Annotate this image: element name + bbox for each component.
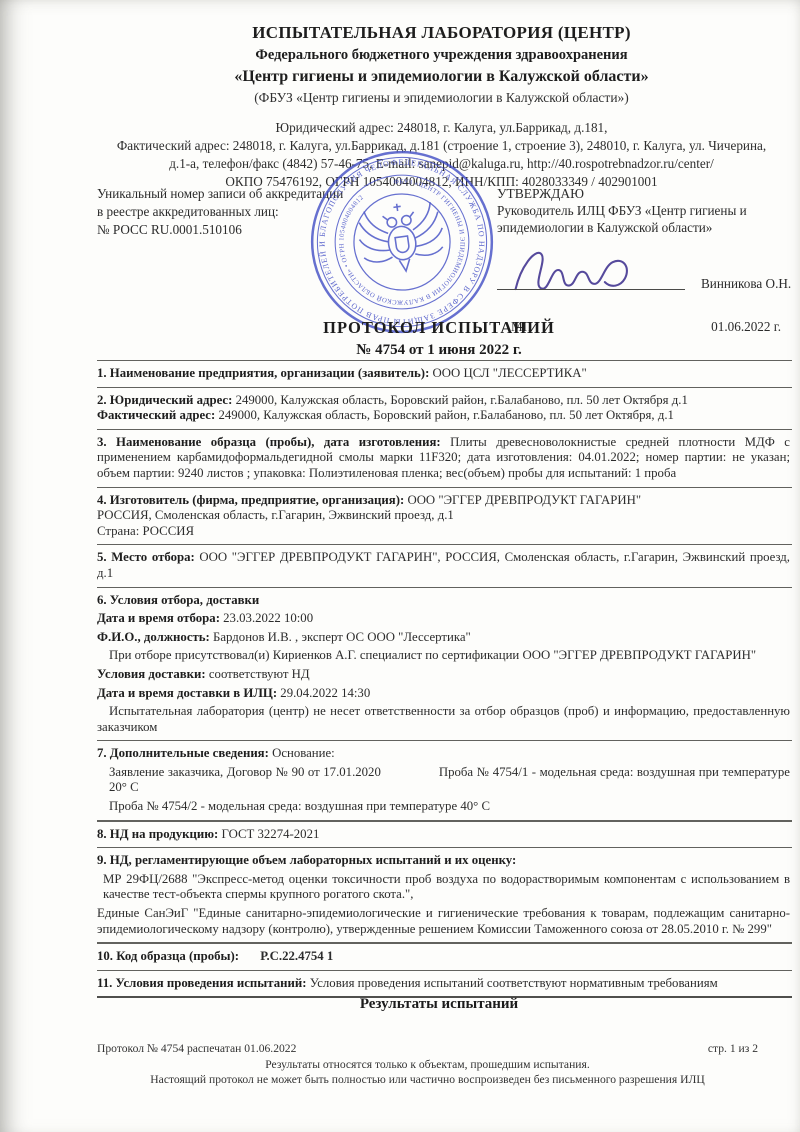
section-10: 10. Код образца (пробы): Р.С.22.4754 1 xyxy=(97,942,792,970)
section-2-value1: 249000, Калужская область, Боровский рай… xyxy=(236,393,688,407)
section-6-delivery-cond-label: Условия доставки: xyxy=(97,667,206,681)
lab-subtitle: Федерального бюджетного учреждения здрав… xyxy=(95,46,788,64)
section-6: 6. Условия отбора, доставки Дата и время… xyxy=(97,587,792,741)
section-6-person-label: Ф.И.О., должность: xyxy=(97,630,210,644)
section-2-value2: 249000, Калужская область, Боровский рай… xyxy=(218,408,673,422)
section-9-label: 9. НД, регламентирующие объем лабораторн… xyxy=(97,853,790,869)
protocol-sections: 1. Наименование предприятия, организации… xyxy=(97,360,792,998)
footer-page-number: стр. 1 из 2 xyxy=(708,1042,758,1055)
stamp-graphic: ФЕДЕРАЛЬНАЯ СЛУЖБА ПО НАДЗОРУ В СФЕРЕ ЗА… xyxy=(296,136,508,348)
approve-caption: УТВЕРЖДАЮ xyxy=(497,185,787,202)
document-title: ПРОТОКОЛ ИСПЫТАНИЙ № 4754 от 1 июня 2022… xyxy=(90,318,788,359)
section-4: 4. Изготовитель (фирма, предприятие, орг… xyxy=(97,487,792,545)
footer-note2: Настоящий протокол не может быть полност… xyxy=(97,1072,758,1087)
protocol-document-page: ИСПЫТАТЕЛЬНАЯ ЛАБОРАТОРИЯ (ЦЕНТР) Федера… xyxy=(0,0,800,1132)
lab-org-short-name: (ФБУЗ «Центр гигиены и эпидемиологии в К… xyxy=(95,90,788,107)
signature-line xyxy=(497,289,685,290)
section-6-sampling-date: 23.03.2022 10:00 xyxy=(223,611,313,625)
section-6-witness: При отборе присутствовал(и) Кириенков А.… xyxy=(97,648,790,664)
section-9-method2: Единые СанЭиГ "Единые санитарно-эпидемио… xyxy=(97,906,790,937)
footer-note1: Результаты относятся только к объектам, … xyxy=(97,1057,758,1072)
section-6-heading: 6. Условия отбора, доставки xyxy=(97,593,790,609)
results-heading: Результаты испытаний xyxy=(90,996,788,1013)
section-11-value: Условия проведения испытаний соответству… xyxy=(310,976,718,990)
section-10-value: Р.С.22.4754 1 xyxy=(242,949,333,963)
section-8: 8. НД на продукцию: ГОСТ 32274-2021 xyxy=(97,820,792,848)
section-2: 2. Юридический адрес: 249000, Калужская … xyxy=(97,387,792,429)
section-4-label: 4. Изготовитель (фирма, предприятие, орг… xyxy=(97,493,404,507)
protocol-number-date: № 4754 от 1 июня 2022 г. xyxy=(90,342,788,359)
legal-address: Юридический адрес: 248018, г. Калуга, ул… xyxy=(95,119,788,137)
section-10-label: 10. Код образца (пробы): xyxy=(97,949,239,963)
section-9: 9. НД, регламентирующие объем лабораторн… xyxy=(97,847,792,942)
protocol-title: ПРОТОКОЛ ИСПЫТАНИЙ xyxy=(90,318,788,338)
section-4-line2: РОССИЯ, Смоленская область, г.Гагарин, Э… xyxy=(97,508,790,524)
footer-protocol-printed: Протокол № 4754 распечатан 01.06.2022 xyxy=(97,1042,296,1055)
official-round-stamp: ФЕДЕРАЛЬНАЯ СЛУЖБА ПО НАДЗОРУ В СФЕРЕ ЗА… xyxy=(296,136,508,348)
section-6-delivery-cond: соответствуют НД xyxy=(209,667,310,681)
section-4-label2: Страна: xyxy=(97,524,139,538)
section-3-label: 3. Наименование образца (пробы), дата из… xyxy=(97,435,441,449)
section-6-delivery-date-label: Дата и время доставки в ИЛЦ: xyxy=(97,686,277,700)
signature-area: Винникова О.Н. xyxy=(497,250,787,296)
section-7-label: 7. Дополнительные сведения: xyxy=(97,746,269,760)
section-5-value: ООО "ЭГГЕР ДРЕВПРОДУКТ ГАГАРИН", РОССИЯ,… xyxy=(97,550,790,580)
section-2-label2: Фактический адрес: xyxy=(97,408,215,422)
section-6-disclaimer: Испытательная лаборатория (центр) не нес… xyxy=(97,704,790,735)
section-3: 3. Наименование образца (пробы), дата из… xyxy=(97,429,792,487)
section-6-delivery-date: 29.04.2022 14:30 xyxy=(280,686,370,700)
double-headed-eagle-icon xyxy=(355,198,447,277)
page-footer: Протокол № 4754 распечатан 01.06.2022 ст… xyxy=(97,1042,758,1087)
lab-org-name: «Центр гигиены и эпидемиологии в Калужск… xyxy=(95,67,788,87)
section-1-value: ООО ЦСЛ "ЛЕССЕРТИКА" xyxy=(433,366,587,380)
stamp-inner-ring-text: ФБУЗ «ЦЕНТР ГИГИЕНЫ И ЭПИДЕМИОЛОГИИ В КА… xyxy=(330,170,473,314)
approval-block: УТВЕРЖДАЮ Руководитель ИЛЦ ФБУЗ «Центр г… xyxy=(497,185,787,335)
section-6-person: Бардонов И.В. , эксперт ОС ООО "Лессерти… xyxy=(213,630,471,644)
section-4-value: ООО "ЭГГЕР ДРЕВПРОДУКТ ГАГАРИН" xyxy=(407,493,641,507)
section-5: 5. Место отбора: ООО "ЭГГЕР ДРЕВПРОДУКТ … xyxy=(97,544,792,586)
section-8-label: 8. НД на продукцию: xyxy=(97,827,218,841)
section-7-sample2: Проба № 4754/2 - модельная среда: воздуш… xyxy=(109,799,490,813)
lab-title: ИСПЫТАТЕЛЬНАЯ ЛАБОРАТОРИЯ (ЦЕНТР) xyxy=(95,22,788,43)
section-1-label: 1. Наименование предприятия, организации… xyxy=(97,366,429,380)
section-11-label: 11. Условия проведения испытаний: xyxy=(97,976,307,990)
approver-position-line2: эпидемиологии в Калужской области» xyxy=(497,219,787,236)
section-9-method1: МР 29ФЦ/2688 "Экспресс-метод оценки токс… xyxy=(97,872,790,903)
approver-name: Винникова О.Н. xyxy=(701,275,791,292)
section-6-sampling-date-label: Дата и время отбора: xyxy=(97,611,220,625)
section-2-label1: 2. Юридический адрес: xyxy=(97,393,232,407)
section-7-basis: Заявление заказчика, Договор № 90 от 17.… xyxy=(109,765,381,779)
section-5-label: 5. Место отбора: xyxy=(97,550,195,564)
approver-position-line1: Руководитель ИЛЦ ФБУЗ «Центр гигиены и xyxy=(497,202,787,219)
section-7: 7. Дополнительные сведения: Основание: З… xyxy=(97,740,792,819)
section-8-value: ГОСТ 32274-2021 xyxy=(221,827,319,841)
section-11: 11. Условия проведения испытаний: Услови… xyxy=(97,970,792,997)
section-1: 1. Наименование предприятия, организации… xyxy=(97,360,792,387)
section-4-value2: РОССИЯ xyxy=(142,524,194,538)
svg-text:ФБУЗ «ЦЕНТР ГИГИЕНЫ И ЭПИДЕМИО: ФБУЗ «ЦЕНТР ГИГИЕНЫ И ЭПИДЕМИОЛОГИИ В КА… xyxy=(330,170,473,314)
section-7-sub: Основание: xyxy=(272,746,335,760)
